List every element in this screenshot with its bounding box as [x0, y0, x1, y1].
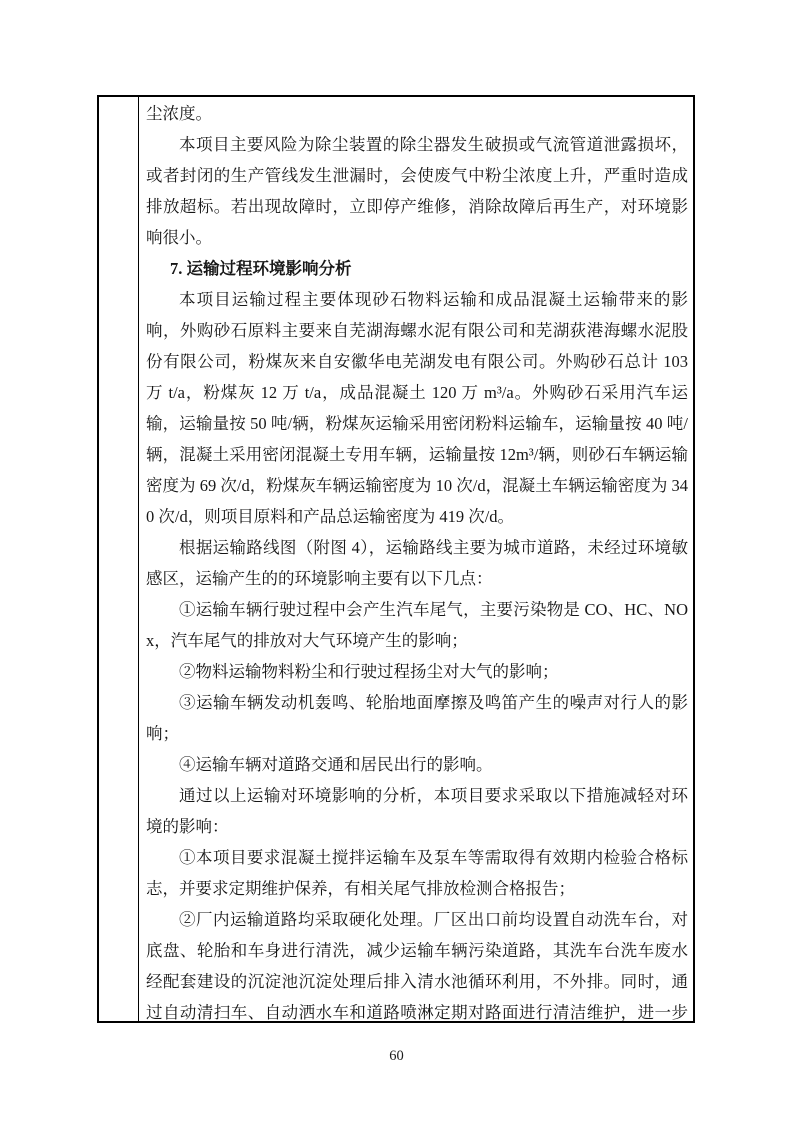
page-number: 60: [0, 1046, 793, 1066]
paragraph: ②物料运输物料粉尘和行驶过程扬尘对大气的影响；: [146, 656, 688, 687]
paragraph: ①运输车辆行驶过程中会产生汽车尾气，主要污染物是 CO、HC、NOx，汽车尾气的…: [146, 594, 688, 656]
table-left-column: [99, 97, 139, 1021]
paragraph: 本项目运输过程主要体现砂石物料运输和成品混凝土运输带来的影响，外购砂石原料主要来…: [146, 284, 688, 532]
paragraph: ②厂内运输道路均采取硬化处理。厂区出口前均设置自动洗车台，对底盘、轮胎和车身进行…: [146, 904, 688, 1021]
paragraph: 本项目主要风险为除尘装置的除尘器发生破损或气流管道泄露损坏，或者封闭的生产管线发…: [146, 129, 688, 253]
paragraph: ①本项目要求混凝土搅拌运输车及泵车等需取得有效期内检验合格标志，并要求定期维护保…: [146, 842, 688, 904]
paragraph: 通过以上运输对环境影响的分析，本项目要求采取以下措施减轻对环境的影响：: [146, 780, 688, 842]
document-page: { "page": { "number": "60", "background_…: [0, 0, 793, 1122]
paragraph: 7. 运输过程环境影响分析: [146, 253, 688, 284]
content-table: 尘浓度。本项目主要风险为除尘装置的除尘器发生破损或气流管道泄露损坏，或者封闭的生…: [97, 95, 695, 1023]
paragraph: 根据运输路线图（附图 4），运输路线主要为城市道路，未经过环境敏感区，运输产生的…: [146, 532, 688, 594]
content-paragraphs: 尘浓度。本项目主要风险为除尘装置的除尘器发生破损或气流管道泄露损坏，或者封闭的生…: [146, 98, 688, 1021]
paragraph: ④运输车辆对道路交通和居民出行的影响。: [146, 749, 688, 780]
paragraph: 尘浓度。: [146, 98, 688, 129]
paragraph: ③运输车辆发动机轰鸣、轮胎地面摩擦及鸣笛产生的噪声对行人的影响；: [146, 687, 688, 749]
table-main-column: 尘浓度。本项目主要风险为除尘装置的除尘器发生破损或气流管道泄露损坏，或者封闭的生…: [139, 97, 693, 1021]
